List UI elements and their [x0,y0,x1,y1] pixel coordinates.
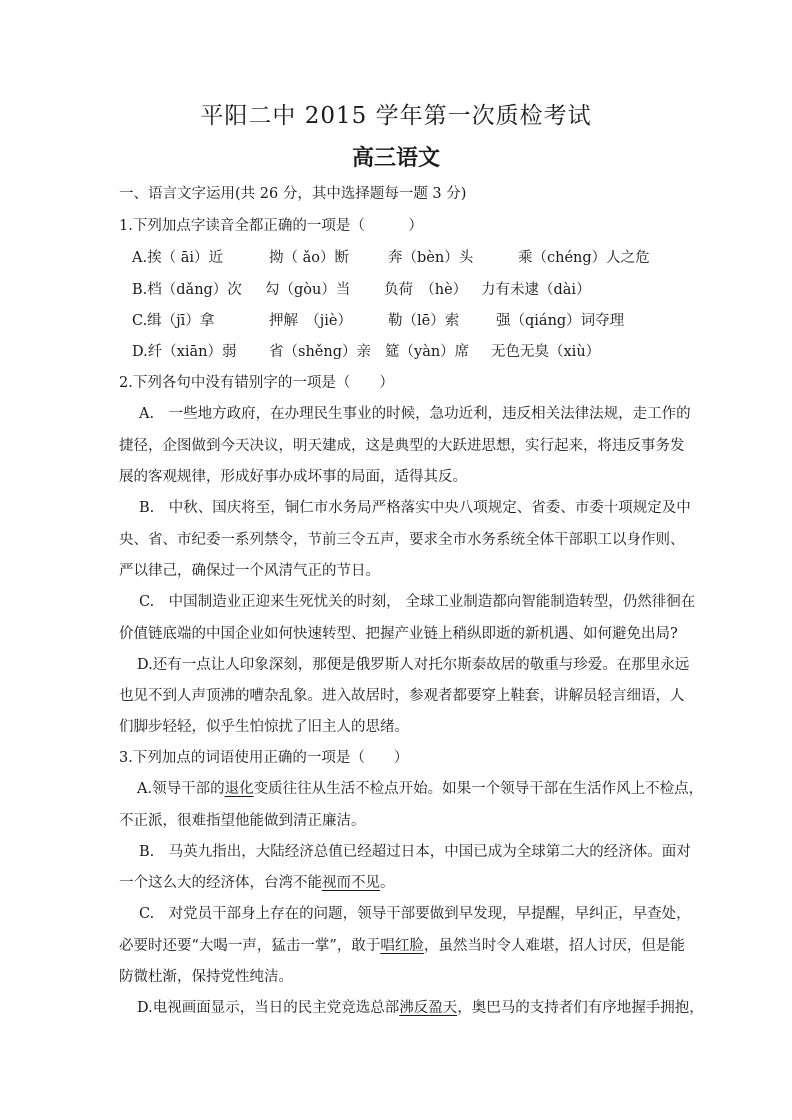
option-item: 勒（lē）索 [388,311,459,331]
option-item: C.缉（jī）拿 [132,311,214,331]
text-segment: 变质往往从生活不检点开始。如果一个领导干部在生活作风上不检点， [254,781,704,797]
text-segment: 。 [380,875,395,891]
question-2-option-a-line: 展的客观规律，形成好事办成坏事的局面，适得其反。 [119,467,467,487]
question-2-option-d-line: 们脚步轻轻，似乎生怕惊扰了旧主人的思绪。 [119,717,409,737]
question-3-option-b-line: 一个这么大的经济体，台湾不能视而不见。 [119,873,395,893]
underlined-term: 沸反盈天 [399,1000,457,1016]
underlined-term: 唱红脸 [380,938,424,954]
option-item: 押解 （jiè） [269,311,352,331]
exam-subtitle: 高三语文 [0,144,792,174]
question-3-option-d-line: D.电视画面显示，当日的民主党竞选总部沸反盈天，奥巴马的支持者们有序地握手拥抱， [137,998,704,1018]
text-segment: ，虽然当时令人难堪，招人讨厌，但是能 [424,938,685,954]
option-item: 奔（bèn）头 [388,248,473,268]
option-item: 筵（yàn）席 [385,342,469,362]
option-item: 强（qiáng）词夺理 [496,311,624,331]
option-item: 无色无臭（xiù） [491,342,600,362]
text-segment: D.电视画面显示，当日的民主党竞选总部 [137,1000,399,1016]
question-2-option-d-line: 也见不到人声顶沸的嘈杂乱象。进入故居时，参观者都要穿上鞋套，讲解员轻言细语，人 [119,686,685,706]
option-item: 勾（gòu）当 [265,280,350,300]
text-segment: 必要时还要“大喝一声，猛击一掌”，敢于 [119,938,380,954]
option-item: 拗（ ǎo）断 [269,248,349,268]
question-3-option-b-line: B. 马英九指出，大陆经济总值已经超过日本，中国已成为全球第二大的经济体。面对 [139,842,691,862]
question-3-option-c-line: 防微杜渐，保持党性纯洁。 [119,967,293,987]
question-2-option-c-line: C. 中国制造业正迎来生死忧关的时刻， 全球工业制造都向智能制造转型，仍然徘徊在 [139,592,695,612]
question-3-option-c-line: 必要时还要“大喝一声，猛击一掌”，敢于唱红脸，虽然当时令人难堪，招人讨厌，但是能 [119,936,685,956]
option-item: 力有未逮（dài） [481,280,591,300]
question-2-option-c-line: 价值链底端的中国企业如何快速转型、把握产业链上稍纵即逝的新机遇、如何避免出局? [119,624,678,644]
question-3-stem: 3.下列加点的词语使用正确的一项是（ ） [119,748,408,768]
option-item: 省（shěng）亲 [269,342,371,362]
exam-page: 平阳二中 2015 学年第一次质检考试 高三语文 一、语言文字运用(共 26 分… [0,0,792,1120]
question-1-stem: 1.下列加点字读音全都正确的一项是（ ） [119,216,423,236]
question-2-option-b-line: 央、省、市纪委一系列禁令，节前三令五声，要求全市水务系统全体干部职工以身作则、 [119,530,685,550]
question-2-option-b-line: B. 中秋、国庆将至，铜仁市水务局严格落实中央八项规定、省委、市委十项规定及中 [139,498,691,518]
question-3-option-a-line: A.领导干部的退化变质往往从生活不检点开始。如果一个领导干部在生活作风上不检点， [137,779,703,799]
question-2-option-a-line: A. 一些地方政府，在办理民生事业的时候，急功近利，违反相关法律法规，走工作的 [139,404,691,424]
question-2-option-b-line: 严以律己，确保过一个风清气正的节日。 [119,561,380,581]
option-item: D.纤（xiān）弱 [132,342,237,362]
option-item: A.挨（ āi）近 [132,248,223,268]
section-heading: 一、语言文字运用(共 26 分，其中选择题每一题 3 分) [119,184,466,204]
question-3-option-c-line: C. 对党员干部身上存在的问题，领导干部要做到早发现，早提醒，早纠正，早查处， [139,904,691,924]
exam-title: 平阳二中 2015 学年第一次质检考试 [0,101,792,131]
underlined-term: 退化 [225,781,254,797]
text-segment: ，奥巴马的支持者们有序地握手拥抱， [457,1000,704,1016]
question-2-option-a-line: 捷径，企图做到今天决议，明天建成，这是典型的大跃进思想，实行起来，将违反事务发 [119,436,685,456]
underlined-term: 视而不见 [322,875,380,891]
question-3-option-a-line: 不正派，很难指望他能做到清正廉洁。 [119,811,366,831]
question-2-stem: 2.下列各句中没有错别字的一项是（ ） [119,373,394,393]
question-2-option-d-line: D.还有一点让人印象深刻，那便是俄罗斯人对托尔斯泰故居的敬重与珍爱。在那里永远 [137,655,689,675]
option-item: B.档（dǎng）次 [132,280,242,300]
option-item: 负荷 （hè） [384,280,467,300]
option-item: 乘（chéng）人之危 [518,248,650,268]
text-segment: 一个这么大的经济体，台湾不能 [119,875,322,891]
text-segment: A.领导干部的 [137,781,225,797]
